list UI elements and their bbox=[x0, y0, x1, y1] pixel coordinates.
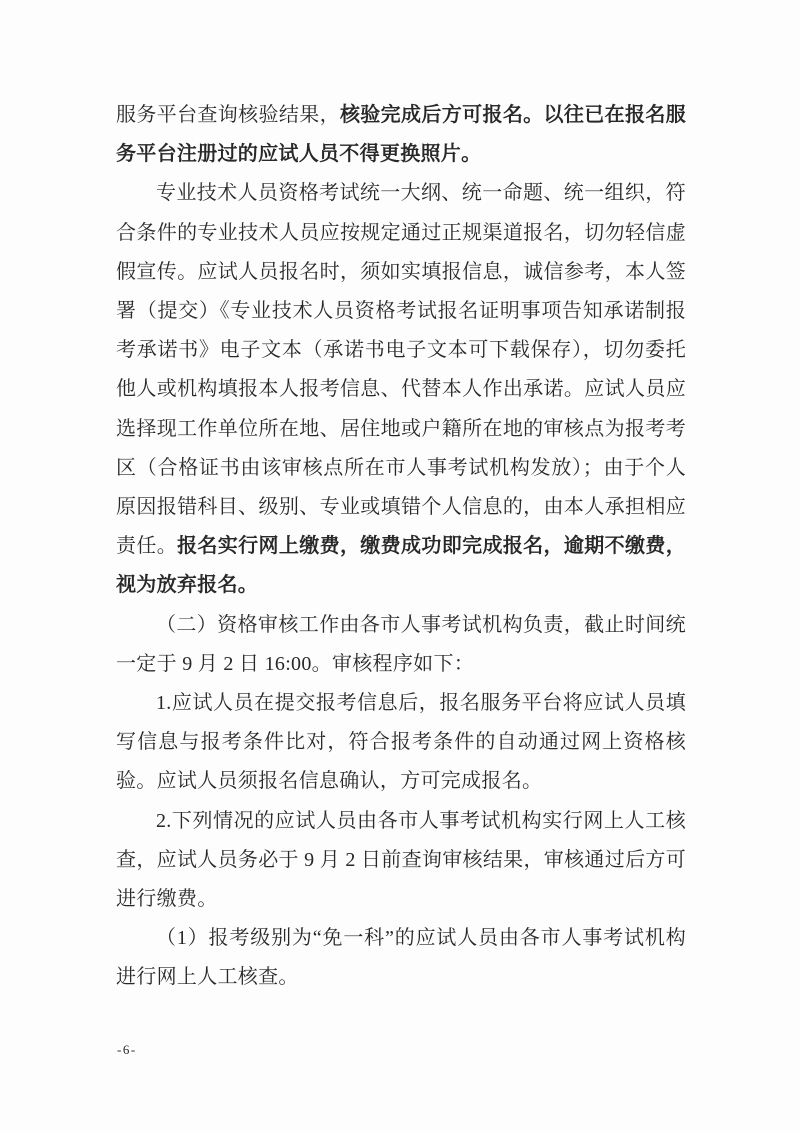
paragraph: 专业技术人员资格考试统一大纲、统一命题、统一组织，符合条件的专业技术人员应按规定… bbox=[116, 174, 686, 605]
text-run: 专业技术人员资格考试统一大纲、统一命题、统一组织，符合条件的专业技术人员应按规定… bbox=[116, 182, 686, 557]
document-body: 服务平台查询核验结果，核验完成后方可报名。以往已在报名服务平台注册过的应试人员不… bbox=[116, 96, 686, 998]
paragraph: 2.下列情况的应试人员由各市人事考试机构实行网上人工核查，应试人员务必于 9 月… bbox=[116, 802, 686, 920]
text-run: 服务平台查询核验结果， bbox=[116, 104, 340, 126]
paragraph: （1）报考级别为“免一科”的应试人员由各市人事考试机构进行网上人工核查。 bbox=[116, 919, 686, 997]
bold-text-run: 报名实行网上缴费，缴费成功即完成报名，逾期不缴费，视为放弃报名。 bbox=[116, 535, 686, 596]
paragraph: 1.应试人员在提交报考信息后，报名服务平台将应试人员填写信息与报考条件比对，符合… bbox=[116, 684, 686, 802]
paragraph: 服务平台查询核验结果，核验完成后方可报名。以往已在报名服务平台注册过的应试人员不… bbox=[116, 96, 686, 174]
document-page: 服务平台查询核验结果，核验完成后方可报名。以往已在报名服务平台注册过的应试人员不… bbox=[0, 0, 800, 1132]
text-run: 1.应试人员在提交报考信息后，报名服务平台将应试人员填写信息与报考条件比对，符合… bbox=[116, 692, 686, 792]
text-run: 2.下列情况的应试人员由各市人事考试机构实行网上人工核查，应试人员务必于 9 月… bbox=[116, 810, 686, 910]
paragraph: （二）资格审核工作由各市人事考试机构负责，截止时间统一定于 9 月 2 日 16… bbox=[116, 606, 686, 684]
page-number: -6- bbox=[117, 1042, 137, 1058]
text-run: （二）资格审核工作由各市人事考试机构负责，截止时间统一定于 9 月 2 日 16… bbox=[116, 614, 686, 675]
text-run: （1）报考级别为“免一科”的应试人员由各市人事考试机构进行网上人工核查。 bbox=[116, 927, 686, 988]
